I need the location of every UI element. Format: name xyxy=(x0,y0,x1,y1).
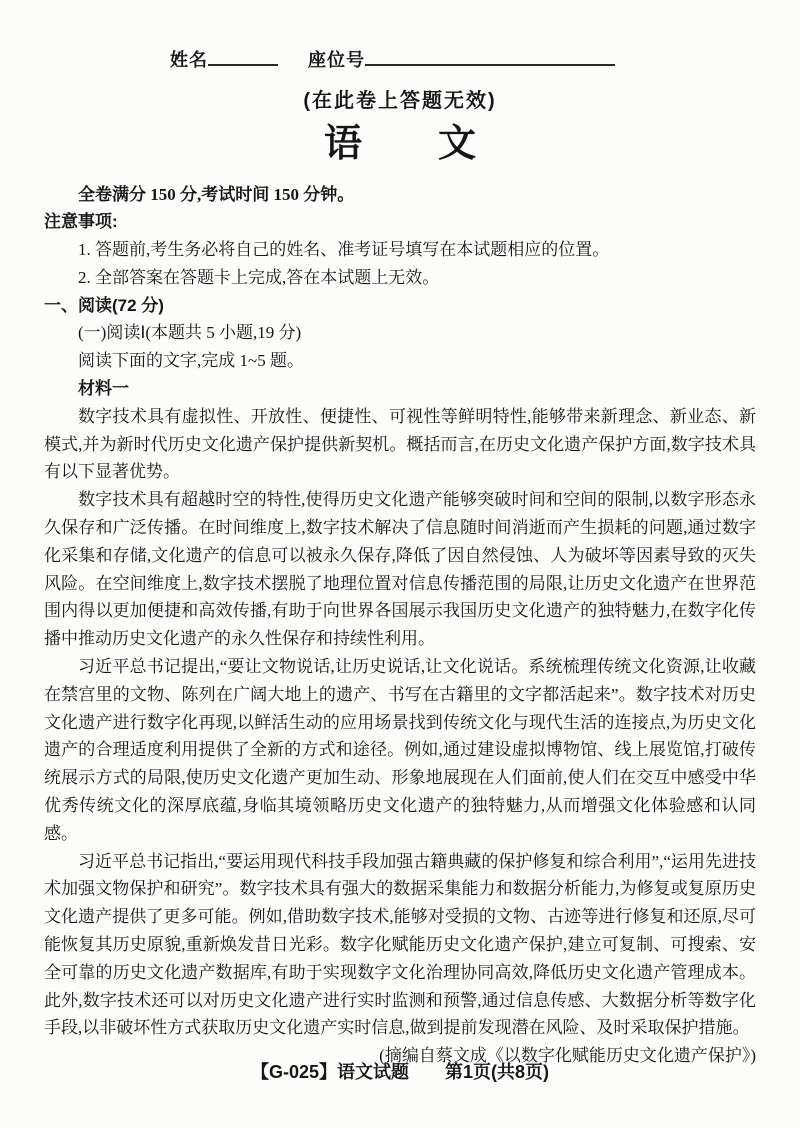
score-line: 全卷满分 150 分,考试时间 150 分钟。 xyxy=(44,181,756,209)
page-indicator: 第1页(共8页) xyxy=(445,1062,549,1082)
name-blank-line xyxy=(208,48,278,66)
part-heading: (一)阅读Ⅰ(本题共 5 小题,19 分) xyxy=(44,319,756,347)
task-line: 阅读下面的文字,完成 1~5 题。 xyxy=(44,347,756,375)
seat-label: 座位号 xyxy=(308,50,365,70)
material-heading: 材料一 xyxy=(44,375,756,403)
seat-blank-line xyxy=(365,48,615,66)
body-paragraph-4: 习近平总书记指出,“要运用现代科技手段加强古籍典藏的保护修复和综合利用”,“运用… xyxy=(44,848,756,1043)
note-item-1: 1. 答题前,考生务必将自己的姓名、准考证号填写在本试题相应的位置。 xyxy=(44,236,756,264)
exam-paper-page: 姓名座位号 (在此卷上答题无效) 语 文 全卷满分 150 分,考试时间 150… xyxy=(0,0,800,1128)
page-footer: 【G-025】语文试题第1页(共8页) xyxy=(0,1058,800,1084)
note-item-2: 2. 全部答案在答题卡上完成,答在本试题上无效。 xyxy=(44,264,756,292)
body-paragraph-3: 习近平总书记提出,“要让文物说话,让历史说话,让文化说话。系统梳理传统文化资源,… xyxy=(44,653,756,848)
name-label: 姓名 xyxy=(170,50,208,70)
body-paragraph-2: 数字技术具有超越时空的特性,使得历史文化遗产能够突破时间和空间的限制,以数字形态… xyxy=(44,486,756,653)
exam-code: 【G-025】语文试题 xyxy=(251,1062,409,1082)
section-heading: 一、阅读(72 分) xyxy=(44,292,756,320)
answer-invalid-notice: (在此卷上答题无效) xyxy=(0,84,800,113)
paper-title: 语 文 xyxy=(0,121,800,169)
paper-body: 全卷满分 150 分,考试时间 150 分钟。 注意事项: 1. 答题前,考生务… xyxy=(0,181,800,1071)
name-seat-row: 姓名座位号 xyxy=(170,46,800,72)
notes-heading: 注意事项: xyxy=(44,208,756,236)
body-paragraph-1: 数字技术具有虚拟性、开放性、便捷性、可视性等鲜明特性,能够带来新理念、新业态、新… xyxy=(44,403,756,486)
